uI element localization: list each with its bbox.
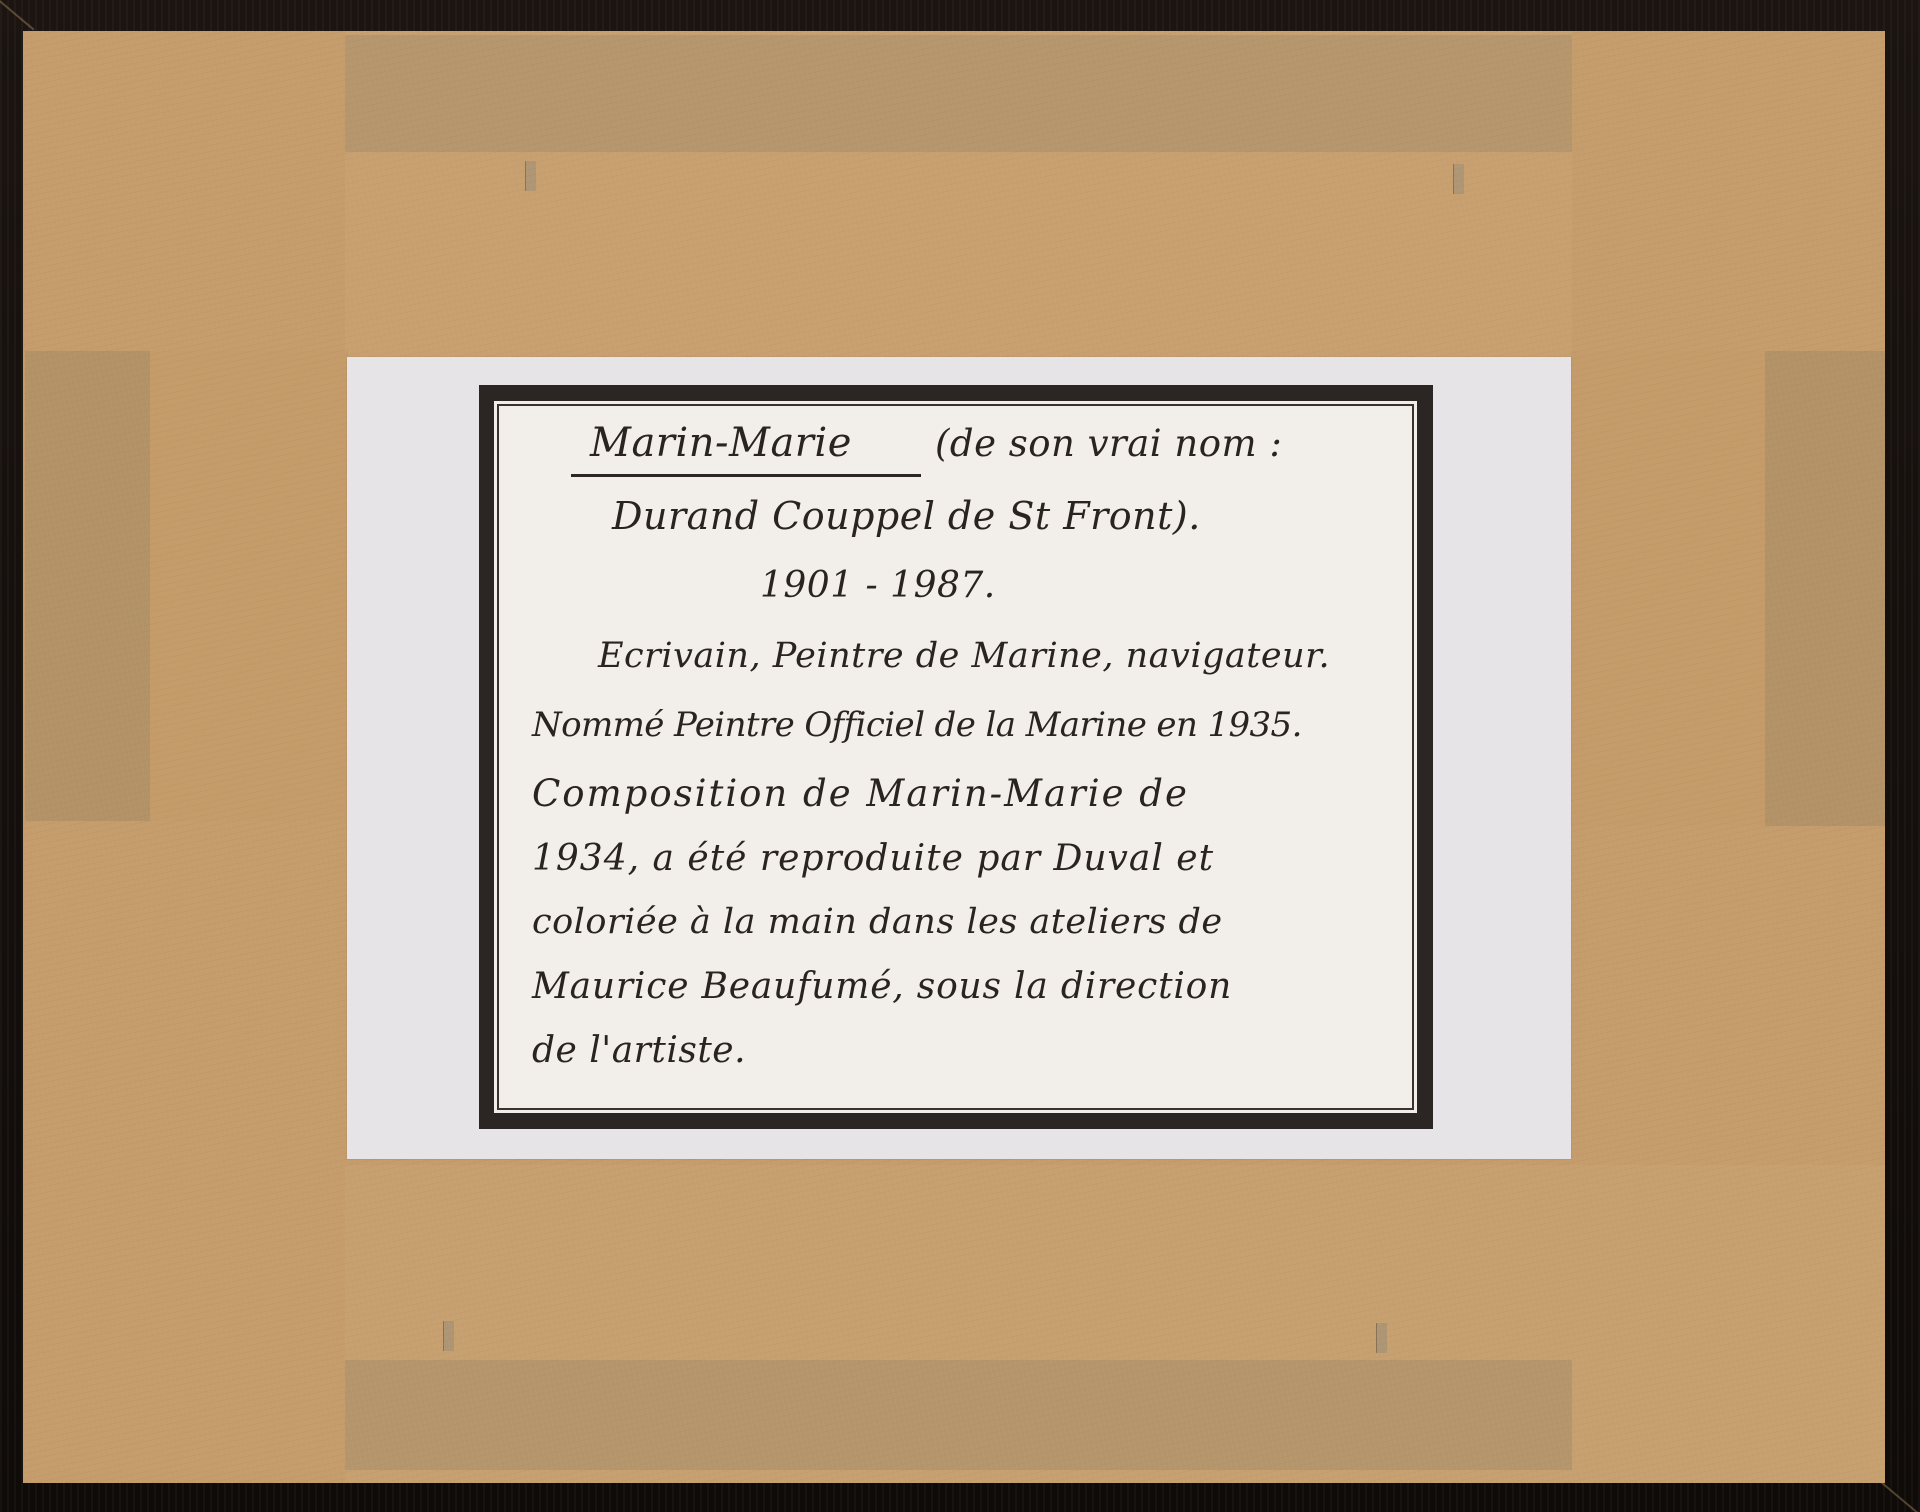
frame-corner-bevel <box>0 0 34 30</box>
stain-right <box>1765 351 1885 826</box>
label-line-1: Durand Couppel de St Front). <box>612 494 1201 538</box>
title-underline <box>571 474 921 477</box>
hanger-tab <box>525 161 536 191</box>
stain-bottom <box>345 1360 1572 1470</box>
label-line-9: de l'artiste. <box>532 1030 746 1071</box>
label-line-7: coloriée à la main dans les ateliers de <box>532 902 1223 942</box>
label-line-4: Nommé Peintre Officiel de la Marine en 1… <box>532 705 1302 745</box>
picture-frame-back: Marin-Marie (de son vrai nom : Durand Co… <box>0 0 1920 1512</box>
label-title-rest: (de son vrai nom : <box>935 422 1282 465</box>
stain-left <box>25 351 150 821</box>
label-line-3: Ecrivain, Peintre de Marine, navigateur. <box>598 636 1330 676</box>
stain-top <box>345 35 1572 152</box>
hanger-tab <box>1376 1323 1387 1353</box>
label-title-name: Marin-Marie <box>590 420 852 466</box>
label-line-6: 1934, a été reproduite par Duval et <box>532 838 1214 879</box>
label-line-2: 1901 - 1987. <box>760 565 996 606</box>
label-line-5: Composition de Marin-Marie de <box>532 772 1189 815</box>
hanger-tab <box>443 1321 454 1351</box>
frame-corner-bevel <box>1879 1480 1919 1512</box>
label-line-8: Maurice Beaufumé, sous la direction <box>532 966 1232 1007</box>
hanger-tab <box>1453 164 1464 194</box>
